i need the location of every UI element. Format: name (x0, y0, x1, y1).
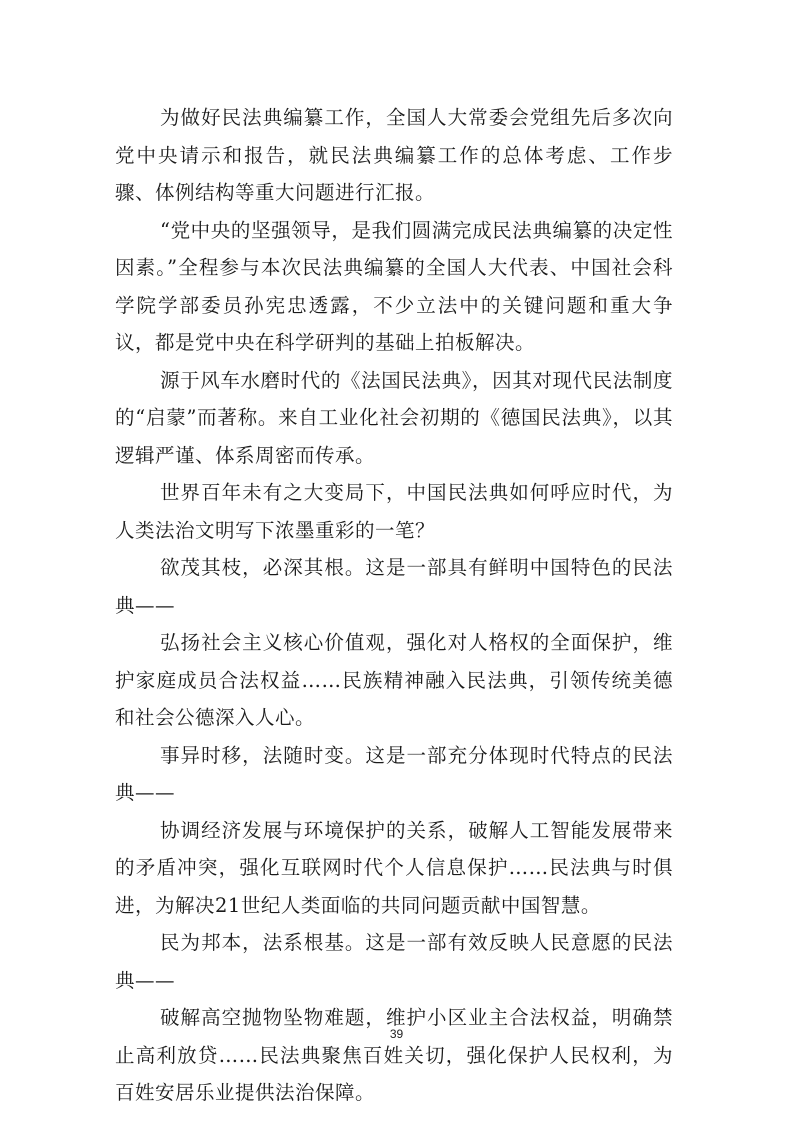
paragraph-10: 破解高空抛物坠物难题，维护小区业主合法权益，明确禁止高利放贷……民法典聚焦百姓关… (115, 999, 673, 1112)
paragraph-2: “党中央的坚强领导，是我们圆满完成民法典编纂的决定性因素。”全程参与本次民法典编… (115, 212, 673, 362)
page-number: 39 (0, 1027, 793, 1041)
paragraph-5: 欲茂其枝，必深其根。这是一部具有鲜明中国特色的民法典—— (115, 549, 673, 624)
body-text: 为做好民法典编纂工作，全国人大常委会党组先后多次向党中央请示和报告，就民法典编纂… (115, 99, 673, 1112)
paragraph-1: 为做好民法典编纂工作，全国人大常委会党组先后多次向党中央请示和报告，就民法典编纂… (115, 99, 673, 212)
paragraph-6: 弘扬社会主义核心价值观，强化对人格权的全面保护，维护家庭成员合法权益……民族精神… (115, 624, 673, 737)
paragraph-7: 事异时移，法随时变。这是一部充分体现时代特点的民法典—— (115, 737, 673, 812)
document-page: 为做好民法典编纂工作，全国人大常委会党组先后多次向党中央请示和报告，就民法典编纂… (0, 0, 793, 1122)
paragraph-9: 民为邦本，法系根基。这是一部有效反映人民意愿的民法典—— (115, 924, 673, 999)
paragraph-8: 协调经济发展与环境保护的关系，破解人工智能发展带来的矛盾冲突，强化互联网时代个人… (115, 812, 673, 925)
paragraph-3: 源于风车水磨时代的《法国民法典》，因其对现代民法制度的“启蒙”而著称。来自工业化… (115, 362, 673, 475)
paragraph-4: 世界百年未有之大变局下，中国民法典如何呼应时代，为人类法治文明写下浓墨重彩的一笔… (115, 474, 673, 549)
